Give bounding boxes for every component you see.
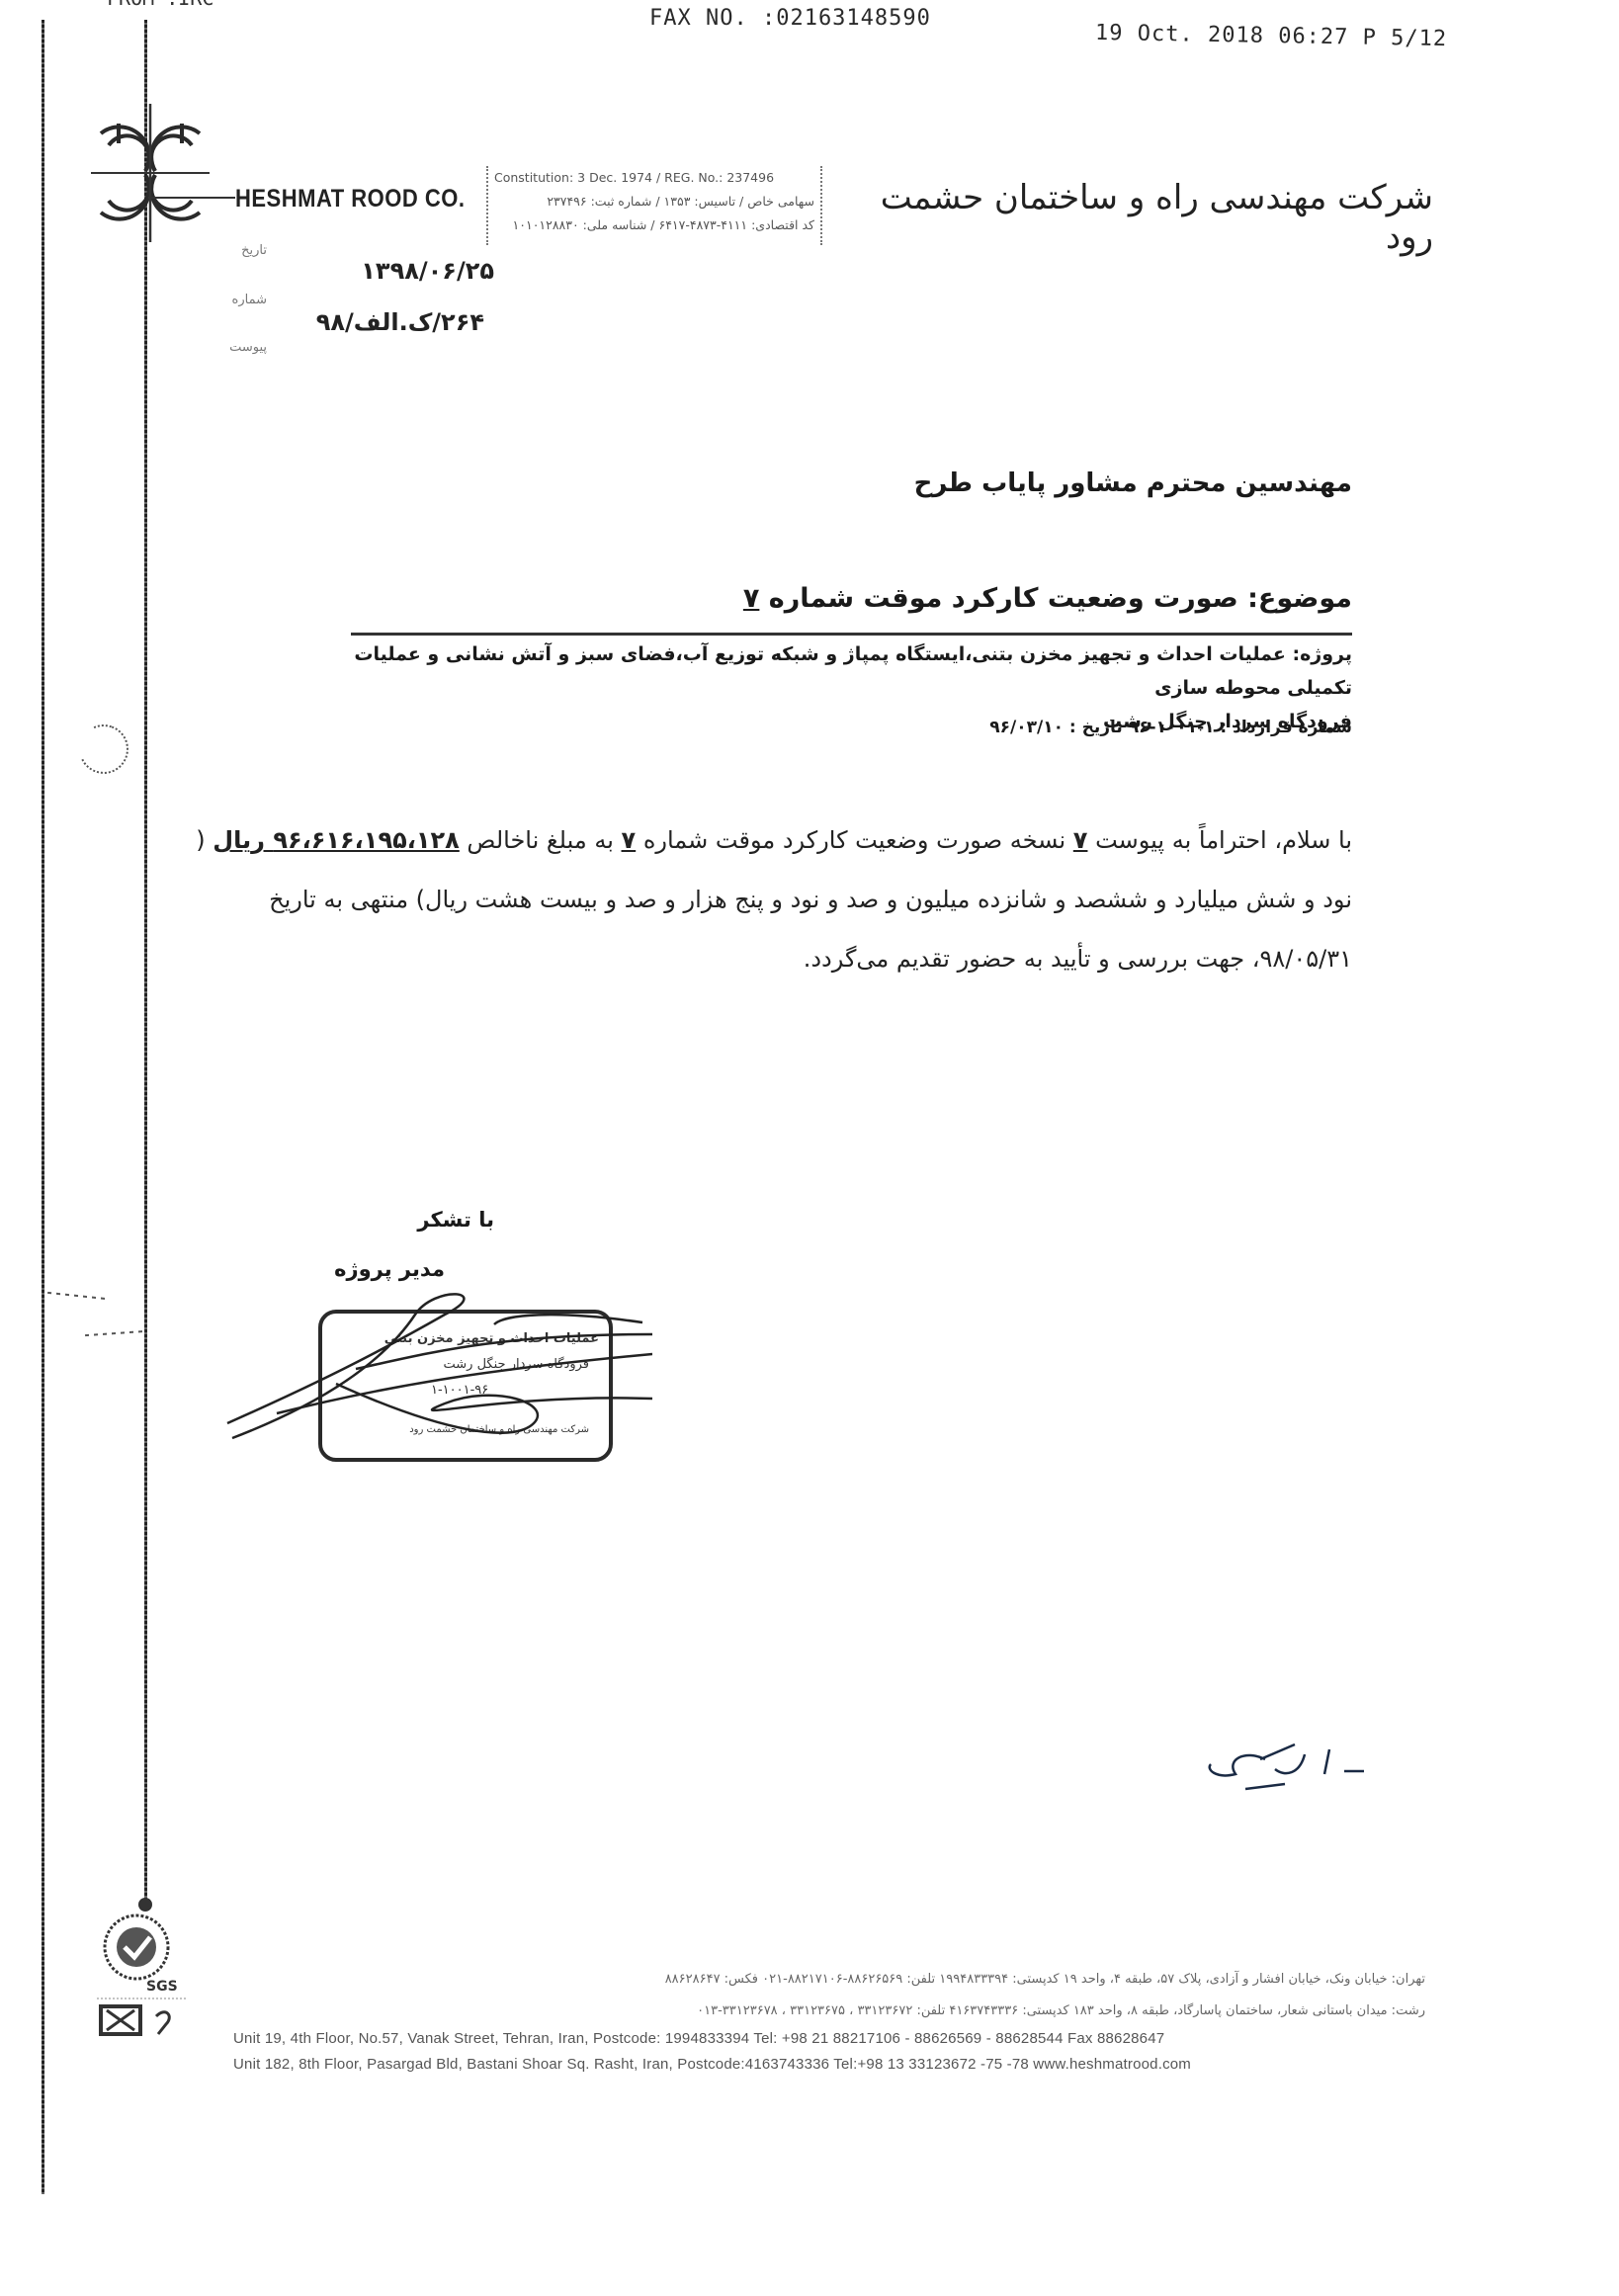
punch-hole-mark	[72, 718, 135, 781]
registration-line-fa: سهامی خاص / تاسیس: ۱۳۵۳ / شماره ثبت: ۲۳۷…	[494, 190, 814, 213]
subject-text: موضوع: صورت وضعیت کارکرد موقت شماره	[769, 583, 1352, 614]
body-text: نسخه صورت وضعیت کارکرد موقت شماره	[636, 826, 1073, 854]
company-logo-icon	[91, 104, 210, 242]
letter-body: با سلام، احتراماً به پیوست ۷ نسخه صورت و…	[188, 810, 1352, 988]
economic-code-line: کد اقتصادی: ۴۱۱۱-۴۸۷۳-۶۴۱۷ / شناسه ملی: …	[494, 213, 814, 237]
project-line-1: پروژه: عملیات احداث و تجهیز مخزن بتنی،ای…	[351, 638, 1352, 705]
page-margin-line-outer	[42, 20, 44, 2194]
statement-number: ۷	[622, 826, 637, 854]
footer-address-en-tehran: Unit 19, 4th Floor, No.57, Vanak Street,…	[233, 2030, 1164, 2047]
signature-scribble-icon	[198, 1275, 652, 1473]
footer-address-fa-tehran: تهران: خیابان ونک، خیابان افشار و آزادی،…	[229, 1972, 1425, 1987]
body-text: به مبلغ ناخالص	[460, 826, 622, 854]
registration-info-box: Constitution: 3 Dec. 1974 / REG. No.: 23…	[486, 166, 822, 245]
contract-info: شماره قرارداد : ۱-۱۰۰۱-۹۶ تاریخ : ۹۶/۰۳/…	[692, 718, 1352, 737]
handwritten-archive-note-icon	[1186, 1730, 1384, 1799]
footer-address-en-rasht: Unit 182, 8th Floor, Pasargad Bld, Basta…	[233, 2056, 1191, 2073]
svg-text:SGS: SGS	[146, 1979, 178, 1995]
certification-logos-icon: SGS	[97, 1908, 186, 2046]
subject-underline	[351, 633, 1352, 636]
addressee: مهندسین محترم مشاور پایاب طرح	[692, 468, 1352, 498]
page-margin-line-inner	[144, 20, 147, 1908]
fax-sender: FROM :IRC	[107, 0, 213, 10]
date-label: تاریخ	[208, 243, 267, 258]
registration-line-en: Constitution: 3 Dec. 1974 / REG. No.: 23…	[494, 166, 814, 190]
margin-scan-mark	[47, 1292, 107, 1300]
attachment-label: پیوست	[208, 340, 267, 355]
closing-phrase: با تشکر	[376, 1208, 494, 1232]
copies-count: ۷	[1073, 826, 1088, 854]
letter-number: ۲۶۴/ک.الف/۹۸	[297, 308, 484, 336]
footer-address-fa-rasht: رشت: میدان باستانی شعار، ساختمان پاسارگا…	[229, 2003, 1425, 2018]
subject-statement-number: ۷	[743, 583, 759, 614]
margin-scan-mark	[85, 1330, 146, 1336]
gross-amount: ۹۶،۶۱۶،۱۹۵،۱۲۸	[273, 826, 459, 854]
currency: ریال	[213, 826, 273, 854]
body-text: با سلام، احتراماً به پیوست	[1087, 826, 1352, 854]
company-name-en: HESHMAT ROOD CO.	[235, 184, 465, 213]
company-name-fa: شرکت مهندسی راه و ساختمان حشمت رود	[840, 178, 1433, 257]
subject-line: موضوع: صورت وضعیت کارکرد موقت شماره ۷	[692, 583, 1352, 614]
fax-number: FAX NO. :02163148590	[649, 6, 931, 31]
logo-connector-line	[148, 197, 235, 199]
fax-timestamp: 19 Oct. 2018 06:27 P 5/12	[1095, 21, 1448, 51]
number-label: شماره	[208, 293, 267, 307]
letter-date: ۱۳۹۸/۰۶/۲۵	[336, 257, 494, 285]
